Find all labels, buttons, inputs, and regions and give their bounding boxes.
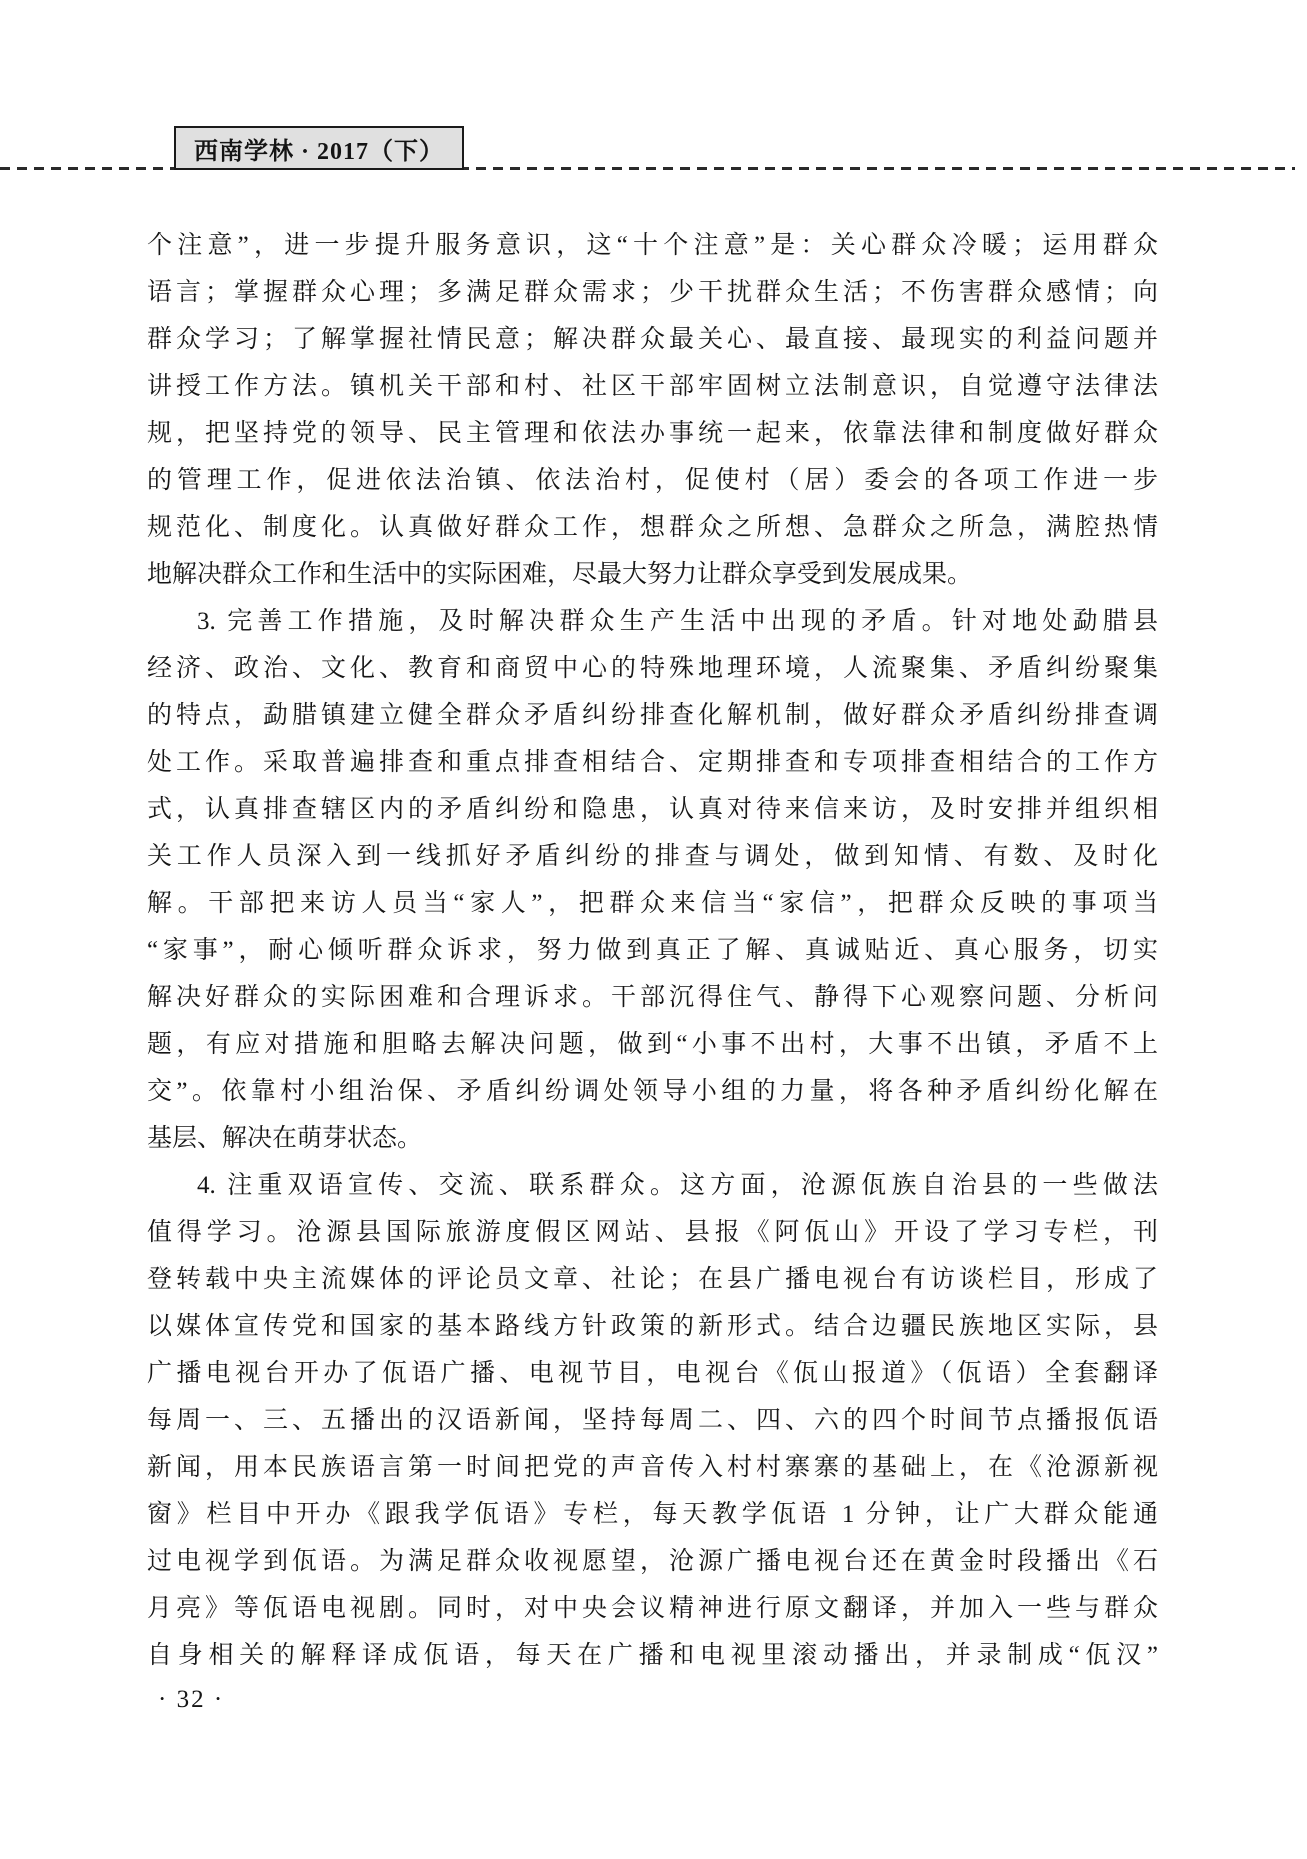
paragraph: 4. 注重双语宣传、交流、联系群众。这方面，沧源佤族自治县的一些做法值得学习。沧… xyxy=(147,1162,1158,1679)
body-line: 过电视学到佤语。为满足群众收视愿望，沧源广播电视台还在黄金时段播出《石 xyxy=(147,1538,1158,1585)
body-line: 新闻，用本民族语言第一时间把党的声音传入村村寨寨的基础上，在《沧源新视 xyxy=(147,1444,1158,1491)
body-line: 地解决群众工作和生活中的实际困难，尽最大努力让群众享受到发展成果。 xyxy=(147,551,1158,598)
body-line: 群众学习；了解掌握社情民意；解决群众最关心、最直接、最现实的利益问题并 xyxy=(147,316,1158,363)
body-line: 处工作。采取普遍排查和重点排查相结合、定期排查和专项排查相结合的工作方 xyxy=(147,739,1158,786)
body-line: 登转载中央主流媒体的评论员文章、社论；在县广播电视台有访谈栏目，形成了 xyxy=(147,1256,1158,1303)
body-line: 规，把坚持党的领导、民主管理和依法办事统一起来，依靠法律和制度做好群众 xyxy=(147,410,1158,457)
body-line: 广播电视台开办了佤语广播、电视节目，电视台《佤山报道》（佤语）全套翻译 xyxy=(147,1350,1158,1397)
body-line: 经济、政治、文化、教育和商贸中心的特殊地理环境，人流聚集、矛盾纠纷聚集 xyxy=(147,645,1158,692)
body-line: 的特点，勐腊镇建立健全群众矛盾纠纷排查化解机制，做好群众矛盾纠纷排查调 xyxy=(147,692,1158,739)
body-line: 3. 完善工作措施，及时解决群众生产生活中出现的矛盾。针对地处勐腊县 xyxy=(147,598,1158,645)
body-line: 自身相关的解释译成佤语，每天在广播和电视里滚动播出，并录制成“佤汉” xyxy=(147,1632,1158,1679)
running-header-box: 西南学林 · 2017（下） xyxy=(174,126,464,170)
body-line: 月亮》等佤语电视剧。同时，对中央会议精神进行原文翻译，并加入一些与群众 xyxy=(147,1585,1158,1632)
body-line: 语言；掌握群众心理；多满足群众需求；少干扰群众生活；不伤害群众感情；向 xyxy=(147,269,1158,316)
body-line: 窗》栏目中开办《跟我学佤语》专栏，每天教学佤语 1 分钟，让广大群众能通 xyxy=(147,1491,1158,1538)
document-page: 西南学林 · 2017（下） 个注意”，进一步提升服务意识，这“十个注意”是：关… xyxy=(0,0,1307,1859)
body-text: 个注意”，进一步提升服务意识，这“十个注意”是：关心群众冷暖；运用群众语言；掌握… xyxy=(147,222,1158,1679)
body-line: 关工作人员深入到一线抓好矛盾纠纷的排查与调处，做到知情、有数、及时化 xyxy=(147,833,1158,880)
body-line: 4. 注重双语宣传、交流、联系群众。这方面，沧源佤族自治县的一些做法 xyxy=(147,1162,1158,1209)
body-line: 值得学习。沧源县国际旅游度假区网站、县报《阿佤山》开设了学习专栏，刊 xyxy=(147,1209,1158,1256)
paragraph: 3. 完善工作措施，及时解决群众生产生活中出现的矛盾。针对地处勐腊县经济、政治、… xyxy=(147,598,1158,1162)
body-line: 以媒体宣传党和国家的基本路线方针政策的新形式。结合边疆民族地区实际，县 xyxy=(147,1303,1158,1350)
body-line: 解决好群众的实际困难和合理诉求。干部沉得住气、静得下心观察问题、分析问 xyxy=(147,974,1158,1021)
body-line: 题，有应对措施和胆略去解决问题，做到“小事不出村，大事不出镇，矛盾不上 xyxy=(147,1021,1158,1068)
body-line: 每周一、三、五播出的汉语新闻，坚持每周二、四、六的四个时间节点播报佤语 xyxy=(147,1397,1158,1444)
body-line: 交”。依靠村小组治保、矛盾纠纷调处领导小组的力量，将各种矛盾纠纷化解在 xyxy=(147,1068,1158,1115)
paragraph: 个注意”，进一步提升服务意识，这“十个注意”是：关心群众冷暖；运用群众语言；掌握… xyxy=(147,222,1158,598)
body-line: “家事”，耐心倾听群众诉求，努力做到真正了解、真诚贴近、真心服务，切实 xyxy=(147,927,1158,974)
body-line: 个注意”，进一步提升服务意识，这“十个注意”是：关心群众冷暖；运用群众 xyxy=(147,222,1158,269)
body-line: 规范化、制度化。认真做好群众工作，想群众之所想、急群众之所急，满腔热情 xyxy=(147,504,1158,551)
body-line: 解。干部把来访人员当“家人”，把群众来信当“家信”，把群众反映的事项当 xyxy=(147,880,1158,927)
body-line: 讲授工作方法。镇机关干部和村、社区干部牢固树立法制意识，自觉遵守法律法 xyxy=(147,363,1158,410)
body-line: 的管理工作，促进依法治镇、依法治村，促使村（居）委会的各项工作进一步 xyxy=(147,457,1158,504)
body-line: 基层、解决在萌芽状态。 xyxy=(147,1115,1158,1162)
body-line: 式，认真排查辖区内的矛盾纠纷和隐患，认真对待来信来访，及时安排并组织相 xyxy=(147,786,1158,833)
running-header-title: 西南学林 · 2017（下） xyxy=(194,131,444,166)
page-number: · 32 · xyxy=(158,1686,224,1714)
